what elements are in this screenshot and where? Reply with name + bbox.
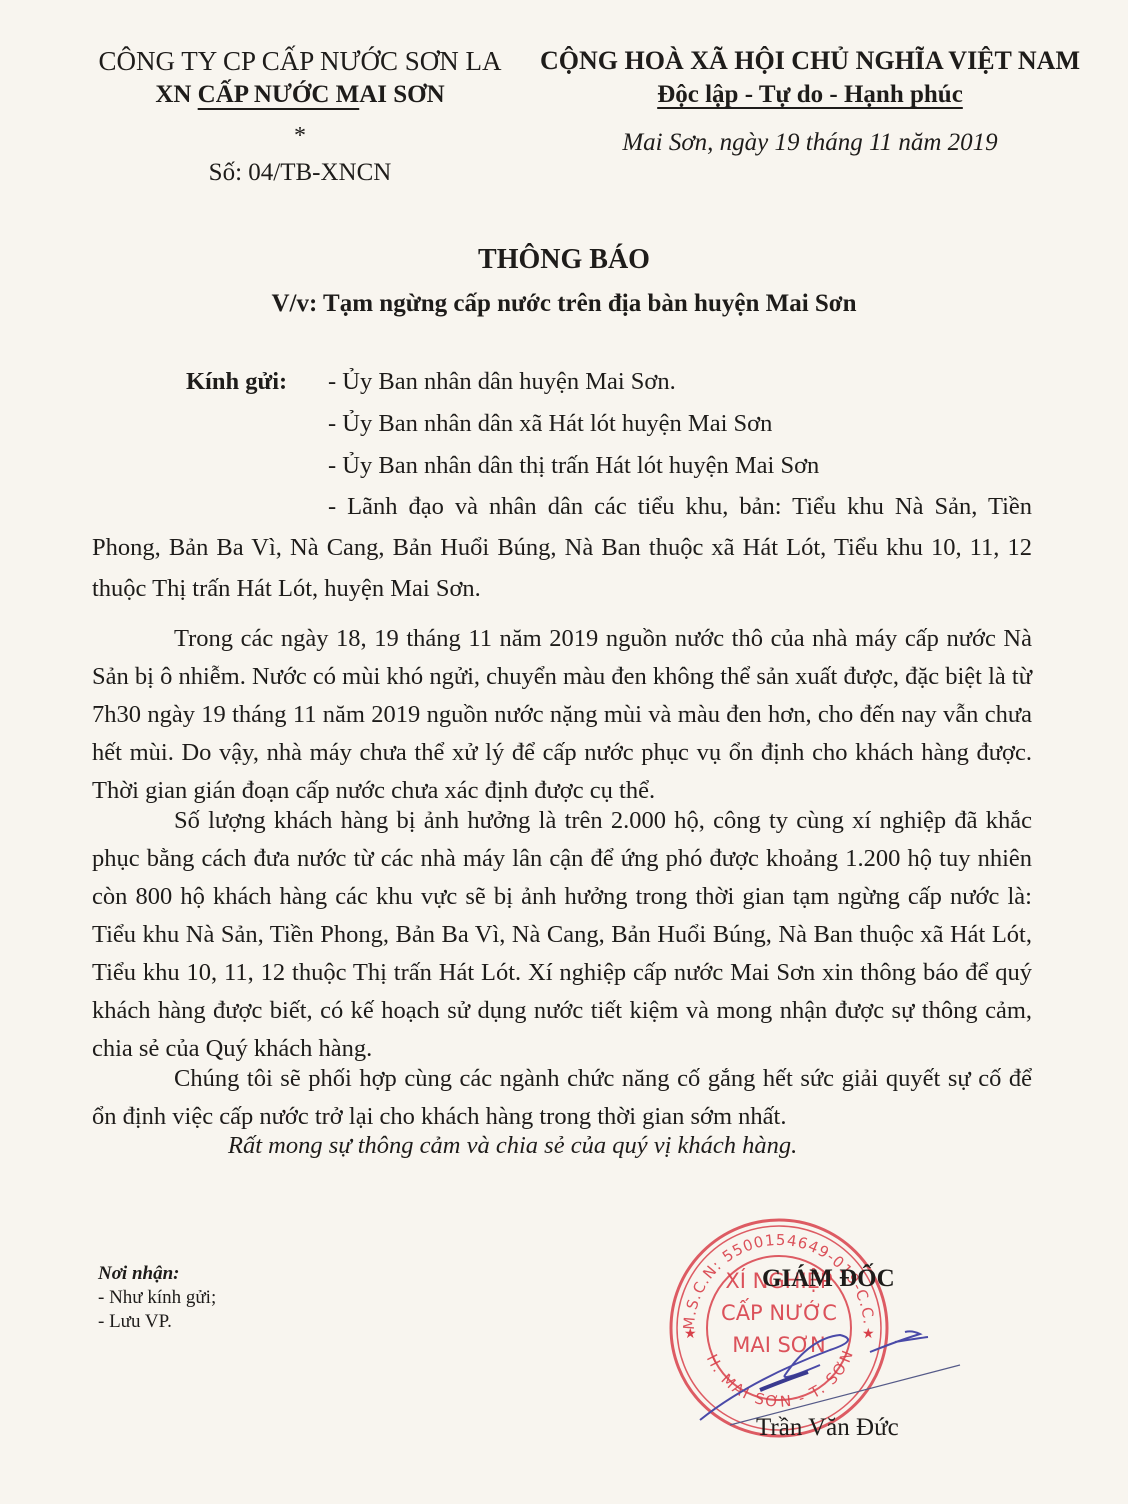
issuer-header: CÔNG TY CP CẤP NƯỚC SƠN LA XN CẤP NƯỚC M…	[60, 44, 540, 190]
distribution-list: Nơi nhận: - Như kính gửi; - Lưu VP.	[98, 1262, 216, 1334]
closing-line: Rất mong sự thông cảm và chia sẻ của quý…	[228, 1132, 797, 1160]
signer-name: Trần Văn Đức	[756, 1414, 899, 1442]
country-name: CỘNG HOÀ XÃ HỘI CHỦ NGHĨA VIỆT NAM	[520, 44, 1100, 78]
separator-asterisk: *	[60, 116, 540, 156]
recipient-item: - Ủy Ban nhân dân thị trấn Hát lót huyện…	[328, 452, 819, 480]
unit-underlined: CẤP NƯỚC M	[198, 81, 360, 108]
place-date: Mai Sơn, ngày 19 tháng 11 năm 2019	[520, 126, 1100, 160]
distribution-item: - Như kính gửi;	[98, 1286, 216, 1310]
body-paragraph: Số lượng khách hàng bị ảnh hưởng là trên…	[92, 802, 1032, 1068]
recipients-label: Kính gửi:	[186, 368, 287, 396]
document-number: Số: 04/TB-XNCN	[60, 156, 540, 190]
distribution-label: Nơi nhận:	[98, 1262, 216, 1286]
document-subject: V/v: Tạm ngừng cấp nước trên địa bàn huy…	[0, 290, 1128, 318]
document-title: THÔNG BÁO	[0, 244, 1128, 276]
national-motto: Độc lập - Tự do - Hạnh phúc	[520, 78, 1100, 112]
recipient-item: - Lãnh đạo và nhân dân các tiểu khu, bản…	[92, 486, 1032, 609]
body-paragraph: Chúng tôi sẽ phối hợp cùng các ngành chứ…	[92, 1060, 1032, 1136]
recipient-item: - Ủy Ban nhân dân huyện Mai Sơn.	[328, 368, 676, 396]
signature-title: GIÁM ĐỐC	[762, 1265, 895, 1293]
body-paragraph: Trong các ngày 18, 19 tháng 11 năm 2019 …	[92, 620, 1032, 810]
distribution-item: - Lưu VP.	[98, 1310, 216, 1334]
national-header: CỘNG HOÀ XÃ HỘI CHỦ NGHĨA VIỆT NAM Độc l…	[520, 44, 1100, 160]
unit-name: XN CẤP NƯỚC MAI SƠN	[60, 78, 540, 112]
company-name: CÔNG TY CP CẤP NƯỚC SƠN LA	[60, 44, 540, 78]
recipient-item: - Ủy Ban nhân dân xã Hát lót huyện Mai S…	[328, 410, 772, 438]
unit-suffix: AI SƠN	[359, 81, 444, 108]
unit-prefix: XN	[155, 81, 197, 108]
